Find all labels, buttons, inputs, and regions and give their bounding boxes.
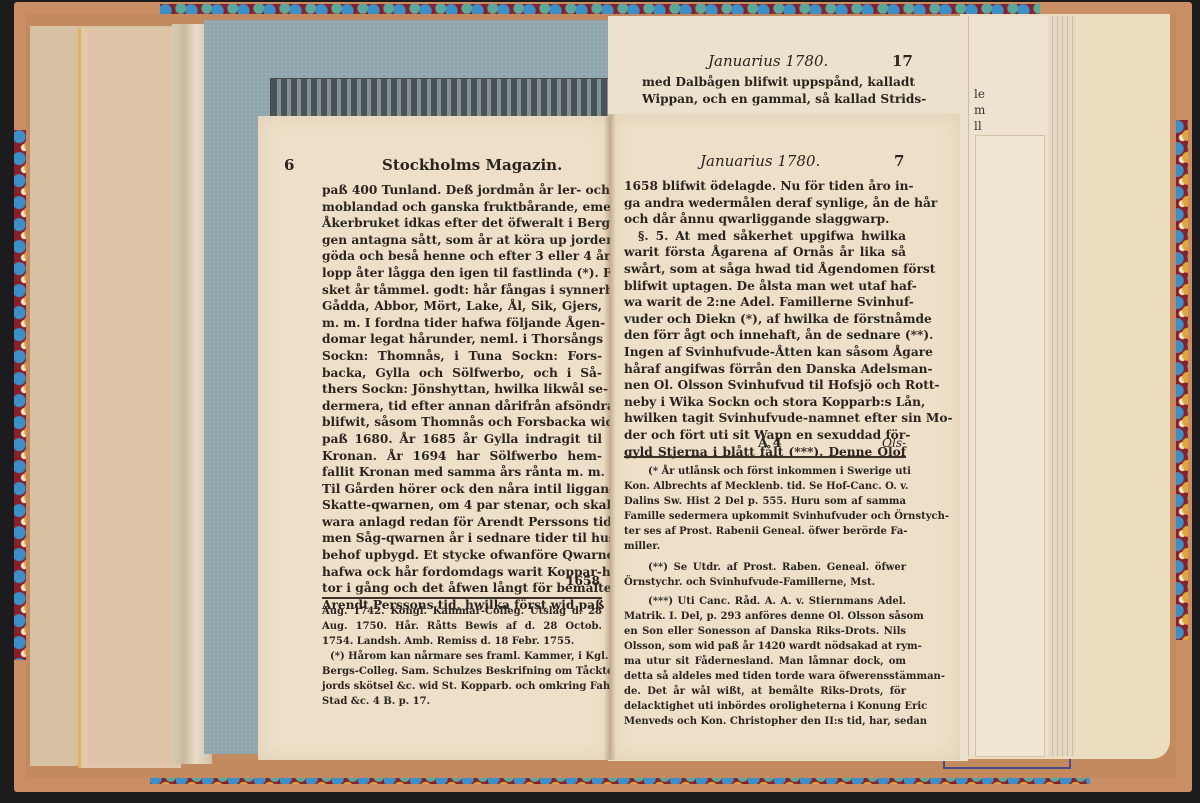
footnote-line: jords skötsel &c. wid St. Kopparb. och o… — [322, 679, 602, 694]
footnote-line: Stad &c. 4 B. p. 17. — [322, 694, 602, 709]
text-line: moblandad och ganska fruktbårande, emeda… — [322, 199, 602, 216]
peek-text: le m ll — [974, 86, 985, 134]
footnote-line: Kon. Albrechts af Mecklenb. tid. Se Hof-… — [624, 479, 906, 494]
footnote-line: (***) Uti Canc. Råd. A. A. v. Stiernmans… — [624, 594, 906, 609]
footnote-line: en Son eller Sonesson af Danska Riks-Dro… — [624, 624, 906, 639]
text-line: domar legat hårunder, neml. i Thorsångs — [322, 331, 602, 348]
text-line: backa, Gylla och Sölfwerbo, och i Så- — [322, 365, 602, 382]
catchword: 1658 — [566, 574, 600, 588]
footnote-line: Menveds och Kon. Christopher den II:s ti… — [624, 714, 906, 729]
right-page-body: 1658 blifwit ödelagde. Nu för tiden åro … — [624, 178, 906, 460]
running-head: Januarius 1780. — [700, 152, 820, 170]
footnote-line: Dalins Sw. Hist 2 Del p. 555. Huru som a… — [624, 494, 906, 509]
footnote-divider — [322, 597, 602, 599]
running-head-text: Januarius 1780. — [700, 152, 820, 170]
right-page-footnotes: (* År utlånsk och först inkommen i Sweri… — [624, 464, 906, 729]
footnote-line: Aug. 1742. Kongl. Kammar-Colleg. Utslag … — [322, 604, 602, 619]
running-head: Januarius 1780. — [708, 52, 828, 70]
text-line: thers Sockn: Jönshyttan, hwilka likwål s… — [322, 381, 602, 398]
text-line: tor i gång och det åfwen långt för bemål… — [322, 580, 602, 597]
text-line: lopp åter lågga den igen til fastlinda (… — [322, 265, 602, 282]
text-line: Ingen af Svinhufvude-Åtten kan såsom Åga… — [624, 344, 906, 361]
footnote-line: Famille sedermera upkommit Svinhufvuder … — [624, 509, 906, 524]
text-line: dermera, tid efter annan dårifrån afsönd… — [322, 398, 602, 415]
text-line: m. m. I fordna tider hafwa följande Ågen… — [322, 315, 602, 332]
peek-line: m — [974, 102, 985, 118]
signature-mark: A 4 — [758, 436, 782, 451]
text-line: Sockn: Thomnås, i Tuna Sockn: Fors- — [322, 348, 602, 365]
running-head: Stockholms Magazin. — [382, 156, 562, 174]
catchword: Ols- — [882, 436, 906, 450]
back-page-body: med Dalbågen blifwit uppspånd, kalladt W… — [642, 74, 906, 107]
ornamental-border-icon — [270, 78, 612, 118]
footnote-line: Olsson, som wid paß år 1420 wardt nödsak… — [624, 639, 906, 654]
text-line: neby i Wika Sockn och stora Kopparb:s Lå… — [624, 394, 906, 411]
footnote-line: miller. — [624, 539, 906, 554]
right-paper-strip — [975, 135, 1045, 757]
footnote-line: (**) Se Utdr. af Prost. Raben. Geneal. ö… — [624, 560, 906, 575]
text-line: håraf angifwas förrån den Danska Adelsma… — [624, 361, 906, 378]
text-line: nen Ol. Olsson Svinhufvud til Hofsjö och… — [624, 377, 906, 394]
text-line: ga andra wedermålen deraf synlige, ån de… — [624, 195, 906, 212]
text-line: paß 1680. År 1685 år Gylla indragit til — [322, 431, 602, 448]
footnote-line: Matrik. I. Del, p. 293 anföres denne Ol.… — [624, 609, 906, 624]
text-line: och dår ånnu qwarliggande slaggwarp. — [624, 211, 906, 228]
text-line: Til Gården hörer ock den nåra intil ligg… — [322, 481, 602, 498]
text-line: Gådda, Abbor, Mört, Lake, Ål, Sik, Gjers… — [322, 298, 602, 315]
left-page-body: paß 400 Tunland. Deß jordmån år ler- och… — [322, 182, 602, 613]
text-line: sket år tåmmel. godt: hår fångas i synne… — [322, 282, 602, 299]
text-line: den förr ågt och innehaft, ån de sednare… — [624, 327, 906, 344]
footnote-line: ter ses af Prost. Rabenii Geneal. öfwer … — [624, 524, 906, 539]
running-head-text: Januarius 1780. — [708, 52, 828, 70]
page-number: 17 — [892, 52, 913, 70]
text-line: warit första Ågarena af Ornås år lika så — [624, 244, 906, 261]
left-page-footnotes: Aug. 1742. Kongl. Kammar-Colleg. Utslag … — [322, 604, 602, 709]
text-line: swårt, som at såga hwad tid Ågendomen fö… — [624, 261, 906, 278]
text-line: wa warit de 2:ne Adel. Famillerne Svinhu… — [624, 294, 906, 311]
page-number: 7 — [894, 152, 904, 170]
book-gutter — [604, 114, 616, 760]
footnote-line: Bergs-Colleg. Sam. Schulzes Beskrifning … — [322, 664, 602, 679]
text-line: paß 400 Tunland. Deß jordmån år ler- och — [322, 182, 602, 199]
text-line: hafwa ock hår fordomdags warit Koppar-hy… — [322, 564, 602, 581]
text-line: med Dalbågen blifwit uppspånd, kalladt — [642, 74, 906, 91]
footnote-line: de. Det år wål wißt, at bemålte Riks-Dro… — [624, 684, 906, 699]
footnote-divider — [624, 456, 906, 458]
text-line: gen antagna sått, som år at köra up jord… — [322, 232, 602, 249]
footnote-line: 1754. Landsh. Amb. Remiss d. 18 Febr. 17… — [322, 634, 602, 649]
footnote-line: ma utur sit Fådernesland. Man låmnar doc… — [624, 654, 906, 669]
page-number: 6 — [284, 156, 294, 174]
text-line: blifwit, såsom Thomnås och Forsbacka wid — [322, 414, 602, 431]
footnote-line: (* År utlånsk och först inkommen i Sweri… — [624, 464, 906, 479]
left-page: 6 Stockholms Magazin. paß 400 Tunland. D… — [258, 116, 610, 760]
peek-line: ll — [974, 118, 985, 134]
footnote-line: delacktighet uti inbördes oroligheterna … — [624, 699, 906, 714]
page-edges-right — [1048, 16, 1076, 756]
footnote-line: Örnstychr. och Svinhufvude-Famillerne, M… — [624, 575, 906, 590]
text-line: Wippan, och en gammal, så kallad Strids- — [642, 91, 906, 108]
footnote-line: (*) Hårom kan nårmare ses framl. Kammer,… — [322, 649, 602, 664]
text-line: Åkerbruket idkas efter det öfweralt i Be… — [322, 215, 602, 232]
text-line: Skatte-qwarnen, om 4 par stenar, och ska… — [322, 497, 602, 514]
left-paper-leaf — [88, 30, 172, 765]
text-line: fallit Kronan med samma års rånta m. m. — [322, 464, 602, 481]
text-line: men Såg-qwarnen år i sednare tider til h… — [322, 530, 602, 547]
text-line: Kronan. År 1694 har Sölfwerbo hem- — [322, 448, 602, 465]
text-line: vuder och Diekn (*), af hwilka de förstn… — [624, 311, 906, 328]
right-page: Januarius 1780. 7 1658 blifwit ödelagde.… — [610, 114, 960, 760]
text-line: 1658 blifwit ödelagde. Nu för tiden åro … — [624, 178, 906, 195]
text-line: hwilken tagit Svinhufvude-namnet efter s… — [624, 410, 906, 427]
footnote-line: detta så aldeles med tiden torde wara öf… — [624, 669, 906, 684]
text-line: behof upbygd. Et stycke ofwanföre Qwarne… — [322, 547, 602, 564]
text-line: wara anlagd redan för Arendt Perssons ti… — [322, 514, 602, 531]
text-line: blifwit uptagen. De ålsta man wet utaf h… — [624, 278, 906, 295]
text-line: göda och beså henne och efter 3 eller 4 … — [322, 248, 602, 265]
footnote-line: Aug. 1750. Hår. Råtts Bewis af d. 28 Oct… — [322, 619, 602, 634]
text-line: §. 5. At med såkerhet upgifwa hwilka — [624, 228, 906, 245]
peek-line: le — [974, 86, 985, 102]
